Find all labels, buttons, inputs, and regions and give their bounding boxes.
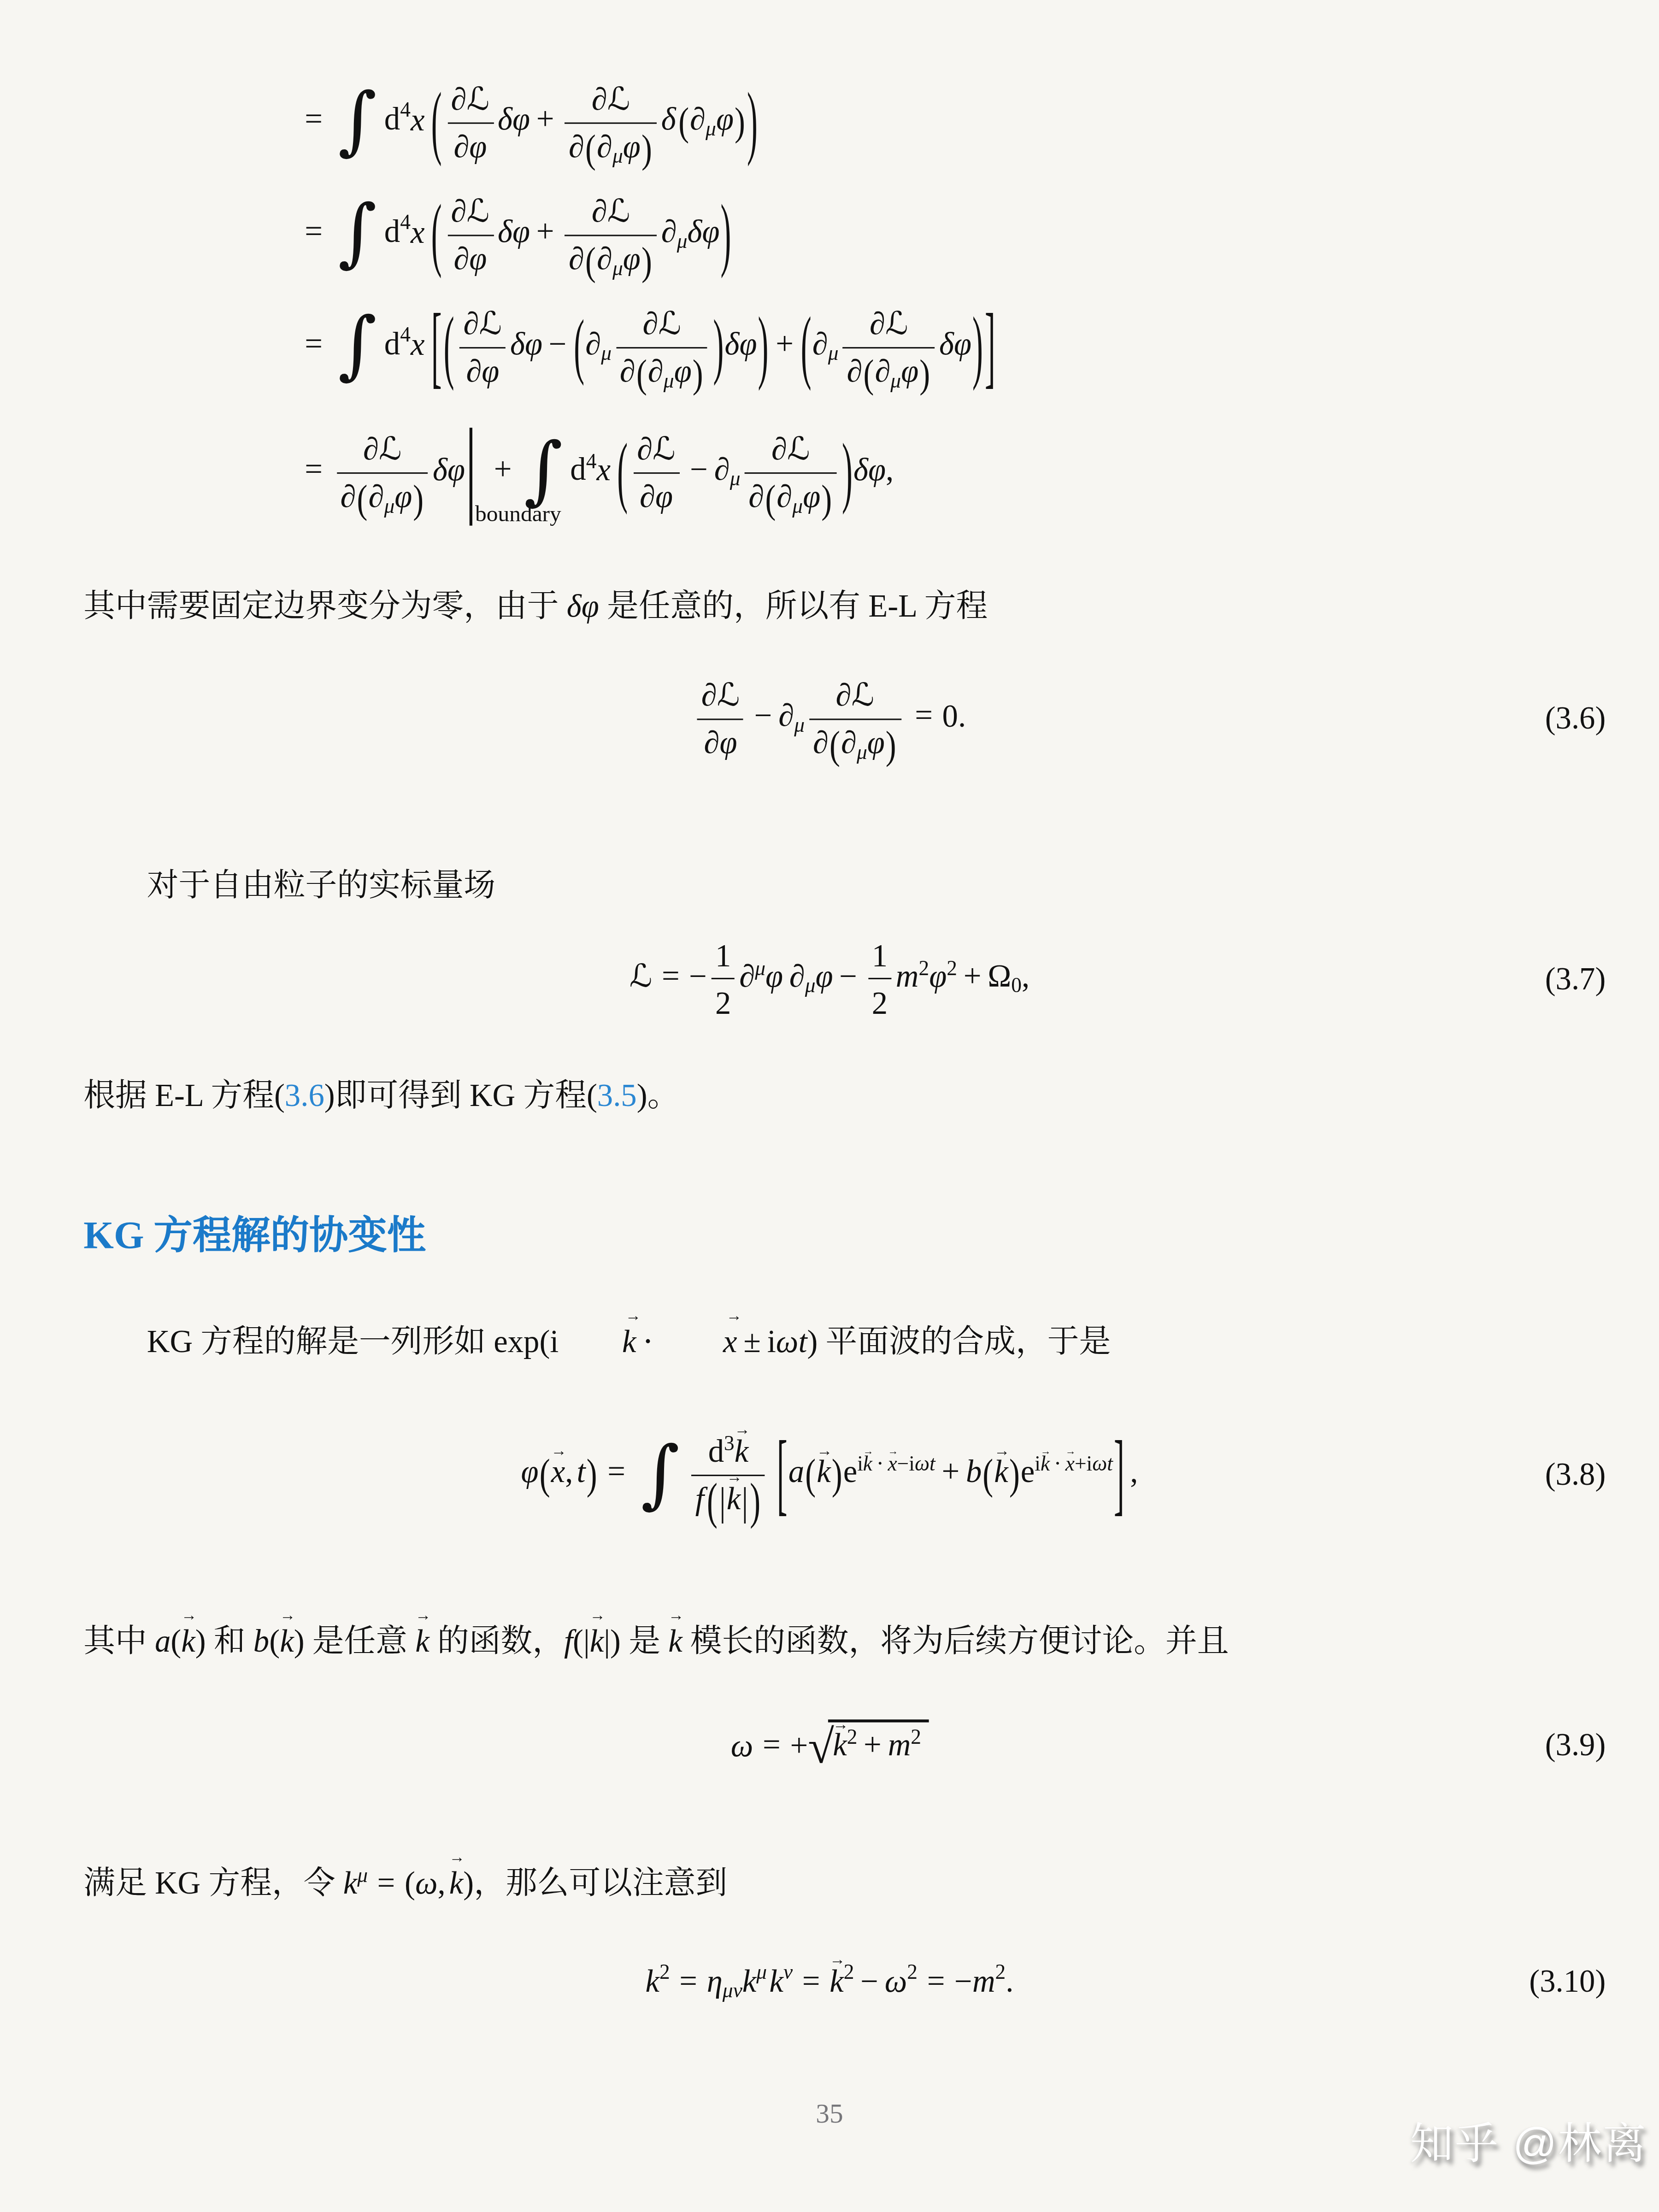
script-L-symbol: ℒ [607,194,630,229]
script-L-symbol: ℒ [379,432,402,468]
vector-arrow-icon: → [888,1447,898,1458]
paragraph-free-scalar-field: 对于自由粒子的实标量场 [0,861,1659,911]
equation-label-3-10: (3.10) [1529,1962,1606,2000]
equation-label-3-6: (3.6) [1545,700,1606,737]
derivation-block: =∫d4x(∂ℒ∂φδφ+∂ℒ∂(∂μφ)δ(∂μφ)) =∫d4x(∂ℒ∂φδ… [295,0,1659,550]
vector-arrow-icon: → [415,1609,431,1624]
equation-3-8-math: φ(→x,t)=∫d3→kf(|→k|)[a(→k)ei→k⋅→x−iωt+b(… [521,1432,1138,1518]
script-L-symbol: ℒ [787,432,810,468]
vector-arrow-icon: → [727,1470,742,1486]
vector-arrow-icon: → [863,1447,874,1458]
integral-sign: ∫ [338,303,377,389]
document-page: =∫d4x(∂ℒ∂φδφ+∂ℒ∂(∂μφ)δ(∂μφ)) =∫d4x(∂ℒ∂φδ… [0,0,1659,2212]
vector-symbol: →k [590,1618,604,1667]
equation-ref-link[interactable]: 3.5 [597,1077,637,1113]
vector-arrow-icon: → [1041,1447,1051,1458]
vector-symbol: →k [449,1860,464,1909]
vector-arrow-icon: → [663,1309,742,1325]
vector-symbol: →k [994,1453,1008,1491]
integral-sign: ∫ [524,428,563,515]
derivation-line-1: =∫d4x(∂ℒ∂φδφ+∂ℒ∂(∂μφ)δ(∂μφ)) [295,66,1659,179]
vector-arrow-icon: → [668,1609,684,1624]
derivation-line-1-math: =∫d4x(∂ℒ∂φδφ+∂ℒ∂(∂μφ)δ(∂μφ)) [295,78,759,166]
derivation-line-2: =∫d4x(∂ℒ∂φδφ+∂ℒ∂(∂μφ)∂μδφ) [295,179,1659,291]
script-L-symbol: ℒ [467,194,490,229]
vector-symbol: →k [415,1618,429,1667]
vector-arrow-icon: → [280,1609,295,1624]
derivation-line-3: =∫d4x[(∂ℒ∂φδφ−(∂μ∂ℒ∂(∂μφ))δφ)+(∂μ∂ℒ∂(∂μφ… [295,291,1659,403]
watermark: 知乎 @林离 [1410,2108,1647,2172]
vector-symbol: →k [181,1618,195,1667]
vector-symbol: →k [280,1618,294,1667]
vector-symbol: →x [659,1318,737,1367]
equation-3-7: ℒ=−12∂μφ∂μφ−12m2φ2+Ω0, (3.7) [0,911,1659,1049]
evaluation-bar: boundary [469,428,471,526]
script-L-symbol: ℒ [885,306,908,342]
equation-3-7-math: ℒ=−12∂μφ∂μφ−12m2φ2+Ω0, [629,936,1030,1023]
equation-3-6-math: ∂ℒ∂φ−∂μ∂ℒ∂(∂μφ)=0. [693,675,966,762]
vector-symbol: →k [735,1432,749,1472]
equation-3-10-math: k2=ημνkμkν=→k2−ω2=−m2. [645,1962,1013,2000]
derivation-line-3-math: =∫d4x[(∂ℒ∂φδφ−(∂μ∂ℒ∂(∂μφ))δφ)+(∂μ∂ℒ∂(∂μφ… [295,303,996,391]
vector-symbol: →k [1041,1453,1050,1477]
script-L-symbol: ℒ [717,678,740,714]
equation-3-6: ∂ℒ∂φ−∂μ∂ℒ∂(∂μφ)=0. (3.6) [0,640,1659,798]
script-L-symbol: ℒ [467,82,490,118]
equation-3-10: k2=ημνkμkν=→k2−ω2=−m2. (3.10) [0,1909,1659,2053]
vector-symbol: →x [1065,1453,1075,1477]
vector-symbol: →k [863,1453,872,1477]
vector-symbol: →x [888,1453,897,1477]
vector-symbol: →k [829,1962,844,2000]
equation-3-9-math: ω=+√→k2+m2 [731,1719,928,1773]
script-L-symbol: ℒ [658,306,681,342]
vector-arrow-icon: → [562,1309,641,1325]
derivation-line-4: =∂ℒ∂(∂μφ)δφboundary+∫d4x(∂ℒ∂φ−∂μ∂ℒ∂(∂μφ)… [295,403,1659,550]
vector-symbol: →k [559,1318,636,1367]
vector-arrow-icon: → [551,1445,566,1460]
integral-sign: ∫ [338,78,377,165]
script-L-symbol: ℒ [479,306,502,342]
equation-3-8: φ(→x,t)=∫d3→kf(|→k|)[a(→k)ei→k⋅→x−iωt+b(… [0,1367,1659,1583]
script-L-symbol: ℒ [852,678,875,714]
paragraph-boundary-note: 其中需要固定边界变分为零，由于 δφ 是任意的，所以有 E-L 方程 [0,582,1659,631]
vector-symbol: →k [727,1479,741,1518]
integral-sign: ∫ [641,1431,680,1518]
vector-symbol: →k [668,1618,682,1667]
vector-symbol: →k [817,1453,831,1491]
vector-arrow-icon: → [817,1445,832,1460]
section-heading: KG 方程解的协变性 [83,1204,1576,1260]
vector-arrow-icon: → [181,1609,197,1624]
derivation-line-4-math: =∂ℒ∂(∂μφ)δφboundary+∫d4x(∂ℒ∂φ−∂μ∂ℒ∂(∂μφ)… [295,428,894,526]
integral-sign: ∫ [338,190,377,277]
paragraph-kg-from-el: 根据 E-L 方程(3.6)即可得到 KG 方程(3.5)。 [0,1072,1659,1121]
vector-arrow-icon: → [590,1609,606,1624]
script-L-symbol: ℒ [653,432,676,468]
equation-label-3-7: (3.7) [1545,961,1606,998]
paragraph-functions-note: 其中 a(→k) 和 b(→k) 是任意 →k 的函数，f(|→k|) 是 →k… [0,1618,1659,1667]
equation-label-3-9: (3.9) [1545,1727,1606,1765]
vector-arrow-icon: → [449,1851,465,1867]
derivation-line-2-math: =∫d4x(∂ℒ∂φδφ+∂ℒ∂(∂μφ)∂μδφ) [295,191,732,278]
vector-arrow-icon: → [833,1718,848,1734]
square-root: √→k2+m2 [808,1719,928,1773]
equation-ref-link[interactable]: 3.6 [285,1077,324,1113]
paragraph-four-momentum: 满足 KG 方程，令 kμ=(ω,→k)，那么可以注意到 [0,1860,1659,1909]
vector-arrow-icon: → [829,1953,845,1969]
vector-symbol: →x [551,1453,565,1491]
vector-arrow-icon: → [1065,1447,1076,1458]
paragraph-plane-waves: KG 方程的解是一列形如 exp(i→k⋅→x±iωt) 平面波的合成，于是 [0,1318,1659,1367]
script-L-symbol: ℒ [607,82,630,118]
vector-arrow-icon: → [994,1445,1010,1460]
vector-arrow-icon: → [735,1423,750,1439]
vector-symbol: →k [833,1727,847,1765]
equation-3-9: ω=+√→k2+m2 (3.9) [0,1667,1659,1825]
script-L-symbol: ℒ [629,959,653,995]
equation-label-3-8: (3.8) [1545,1457,1606,1494]
